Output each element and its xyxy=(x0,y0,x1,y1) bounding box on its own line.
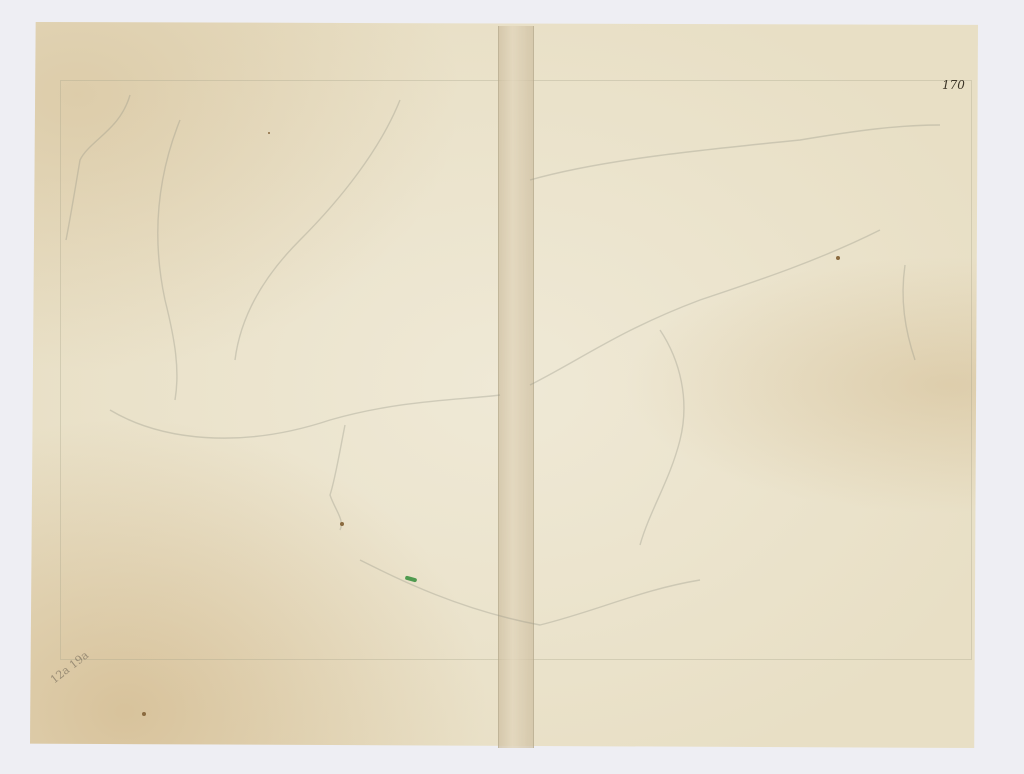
foxing-spot xyxy=(142,712,146,716)
page-number: 170 xyxy=(942,78,965,92)
foxing-spot xyxy=(340,522,344,526)
foxing-spot xyxy=(268,132,270,134)
foxing-spot xyxy=(836,256,840,260)
map-showthrough-lines xyxy=(0,0,1024,774)
